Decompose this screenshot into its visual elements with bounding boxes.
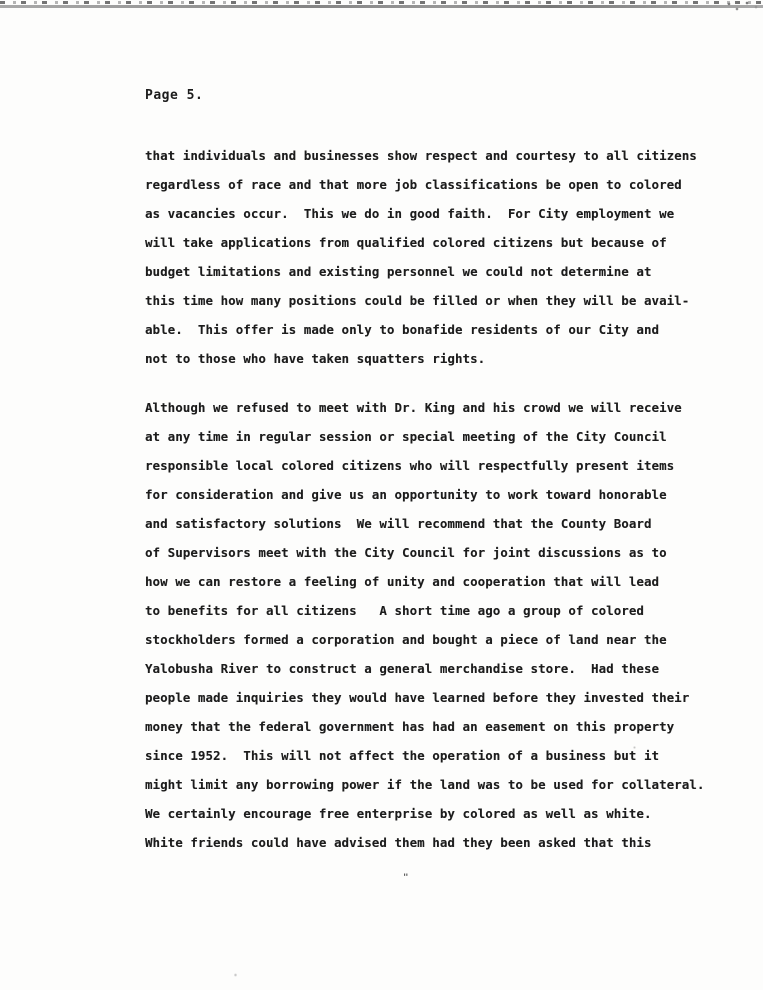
document-body: Page 5. that individuals and businesses …	[145, 88, 700, 877]
text-line: Yalobusha River to construct a general m…	[145, 654, 700, 683]
scan-speck	[234, 973, 237, 977]
text-line: for consideration and give us an opportu…	[145, 480, 700, 509]
text-line: will take applications from qualified co…	[145, 228, 700, 257]
text-line: able. This offer is made only to bonafid…	[145, 315, 700, 344]
text-line: and satisfactory solutions We will recom…	[145, 509, 700, 538]
text-line: money that the federal government has ha…	[145, 712, 700, 741]
text-line: might limit any borrowing power if the l…	[145, 770, 700, 799]
text-line: stockholders formed a corporation and bo…	[145, 625, 700, 654]
text-line: regardless of race and that more job cla…	[145, 170, 700, 199]
text-line: White friends could have advised them ha…	[145, 828, 700, 857]
text-line: people made inquiries they would have le…	[145, 683, 700, 712]
text-line: that individuals and businesses show res…	[145, 141, 700, 170]
text-line: how we can restore a feeling of unity an…	[145, 567, 700, 596]
page-number-label: Page 5.	[145, 88, 700, 103]
stray-ink-mark: "	[403, 873, 408, 883]
scan-dash-artifact	[0, 1, 763, 4]
text-line: of Supervisors meet with the City Counci…	[145, 538, 700, 567]
text-line: Although we refused to meet with Dr. Kin…	[145, 393, 700, 422]
scan-line-artifact	[0, 5, 763, 8]
paragraph-2: Although we refused to meet with Dr. Kin…	[145, 393, 700, 857]
text-line: to benefits for all citizens A short tim…	[145, 596, 700, 625]
scan-speck	[633, 746, 636, 749]
scanned-document-page: Page 5. that individuals and businesses …	[0, 0, 763, 990]
text-line: responsible local colored citizens who w…	[145, 451, 700, 480]
text-line: at any time in regular session or specia…	[145, 422, 700, 451]
text-line: this time how many positions could be fi…	[145, 286, 700, 315]
scan-noise-band	[0, 0, 763, 12]
scan-corner-specks	[723, 0, 763, 16]
text-line: as vacancies occur. This we do in good f…	[145, 199, 700, 228]
text-line: since 1952. This will not affect the ope…	[145, 741, 700, 770]
text-line: not to those who have taken squatters ri…	[145, 344, 700, 373]
text-line: We certainly encourage free enterprise b…	[145, 799, 700, 828]
paragraph-1: that individuals and businesses show res…	[145, 141, 700, 373]
text-line: budget limitations and existing personne…	[145, 257, 700, 286]
